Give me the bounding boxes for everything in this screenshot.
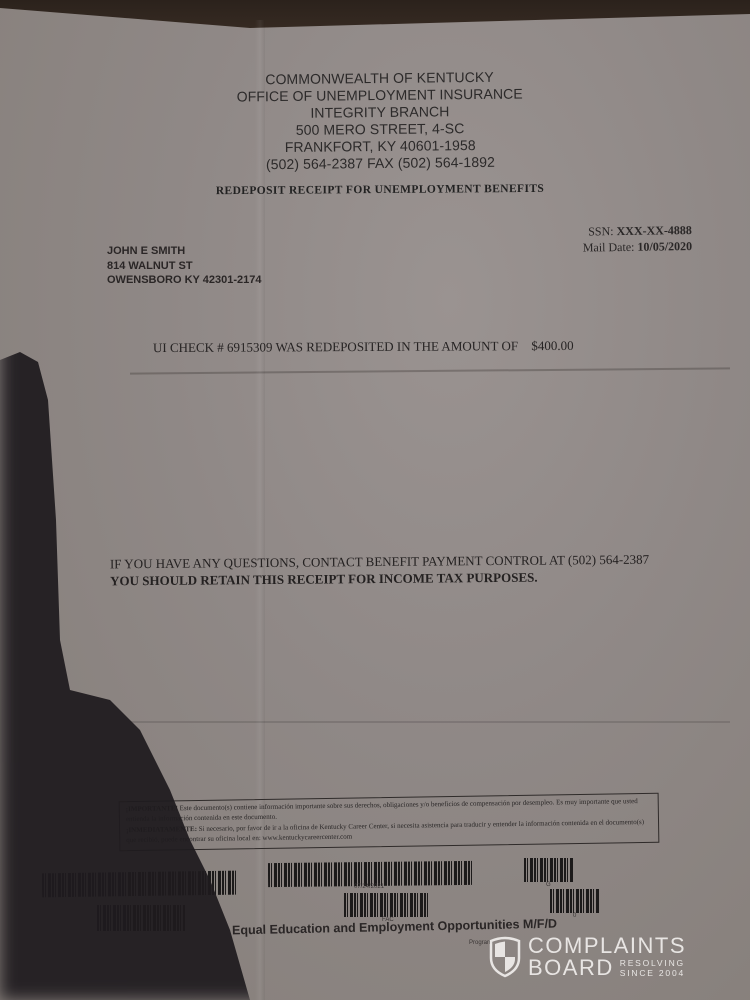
barcode [97, 905, 185, 931]
barcode [524, 858, 574, 882]
watermark-line2-row: BOARD RESOLVING SINCE 2004 [528, 957, 686, 979]
recipient-city: OWENSBORO KY 42301-2174 [107, 273, 261, 288]
watermark-line2: BOARD [528, 957, 614, 979]
fold-crease [130, 721, 730, 723]
mail-date-label: Mail Date: [583, 240, 635, 255]
watermark-tagline: RESOLVING SINCE 2004 [620, 958, 685, 978]
notice-lead: ¡INMEDIATAMENTE: [126, 825, 197, 834]
ssn-mail-date-block: SSN: XXX-XX-4888 Mail Date: 10/05/2020 [552, 222, 692, 256]
ssn-row: SSN: XXX-XX-4888 [552, 222, 692, 240]
barcode-label: 07/24/2021 [354, 884, 384, 890]
recipient-name: JOHN E SMITH [107, 244, 261, 259]
spanish-notice-box: ¡IMPORTANTE! Este documento(s) contiene … [119, 793, 660, 851]
watermark-text: COMPLAINTS BOARD RESOLVING SINCE 2004 [528, 935, 686, 979]
agency-header: COMMONWEALTH OF KENTUCKY OFFICE OF UNEMP… [199, 68, 560, 174]
tagline-1: RESOLVING [620, 958, 685, 968]
tagline-2: SINCE 2004 [620, 968, 685, 978]
shield-icon [488, 936, 522, 978]
mail-date-row: Mail Date: 10/05/2020 [552, 238, 692, 256]
check-statement: UI CHECK # 6915309 WAS REDEPOSITED IN TH… [153, 338, 574, 356]
check-text: UI CHECK # 6915309 WAS REDEPOSITED IN TH… [153, 338, 518, 355]
check-amount: $400.00 [531, 338, 573, 353]
barcode [344, 893, 428, 917]
recipient-address: JOHN E SMITH 814 WALNUT ST OWENSBORO KY … [107, 244, 261, 288]
barcode [42, 871, 237, 898]
barcode [550, 889, 600, 913]
info-block: IF YOU HAVE ANY QUESTIONS, CONTACT BENEF… [110, 551, 650, 590]
complaints-board-watermark: COMPLAINTS BOARD RESOLVING SINCE 2004 [488, 935, 686, 979]
recipient-street: 814 WALNUT ST [107, 259, 261, 274]
ssn-value: XXX-XX-4888 [616, 223, 692, 238]
document-title: REDEPOSIT RECEIPT FOR UNEMPLOYMENT BENEF… [200, 183, 560, 198]
barcode-label: G [546, 882, 551, 888]
ssn-label: SSN: [588, 224, 614, 238]
mail-date-value: 10/05/2020 [637, 239, 692, 254]
barcode-label: 0 [573, 913, 576, 919]
watermark-line1: COMPLAINTS [528, 935, 686, 957]
notice-lead: ¡IMPORTANTE! [126, 804, 178, 813]
